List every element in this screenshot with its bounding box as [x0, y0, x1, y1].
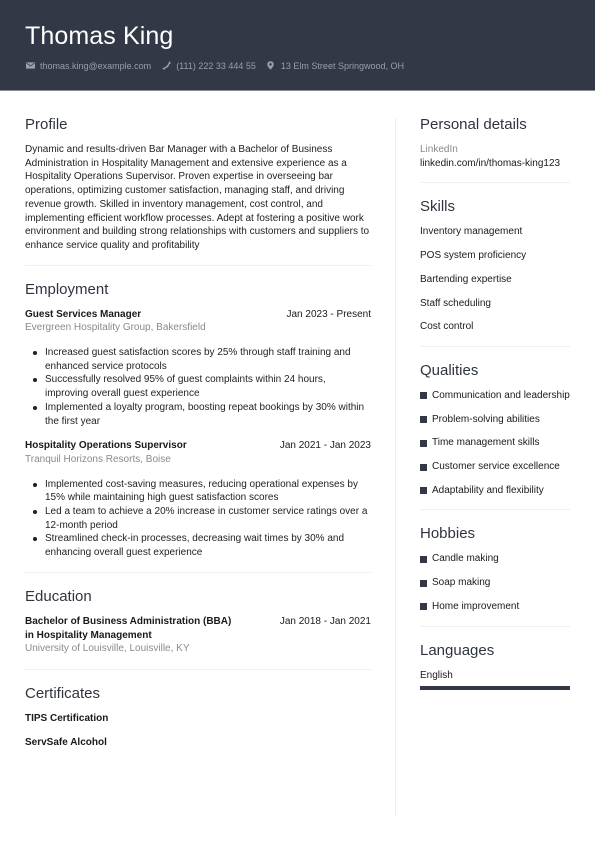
qualities-section: Qualities Communication and leadership P… [420, 362, 570, 511]
hobby-item: Candle making [420, 552, 570, 566]
education-section: Education Bachelor of Business Administr… [25, 588, 371, 670]
section-divider [420, 346, 570, 347]
linkedin-label: LinkedIn [420, 143, 570, 157]
job-title: Guest Services Manager [25, 308, 141, 322]
job-company: Evergreen Hospitality Group, Bakersfield [25, 321, 371, 335]
phone-icon [161, 61, 171, 71]
email-text: thomas.king@example.com [40, 61, 151, 71]
section-title-skills: Skills [420, 198, 570, 216]
hobby-item: Soap making [420, 576, 570, 590]
achievement-item: Led a team to achieve a 20% increase in … [45, 505, 371, 532]
profile-section: Profile Dynamic and results-driven Bar M… [25, 116, 371, 266]
achievement-item: Successfully resolved 95% of guest compl… [45, 373, 371, 400]
quality-item: Communication and leadership [420, 389, 570, 403]
employment-section: Employment Guest Services Manager Jan 20… [25, 281, 371, 573]
profile-summary: Dynamic and results-driven Bar Manager w… [25, 143, 371, 253]
square-bullet-icon [420, 416, 427, 423]
quality-item: Problem-solving abilities [420, 413, 570, 427]
section-title-qualities: Qualities [420, 362, 570, 380]
section-title-personal-details: Personal details [420, 116, 570, 134]
achievement-item: Increased guest satisfaction scores by 2… [45, 346, 371, 373]
achievement-item: Streamlined check-in processes, decreasi… [45, 532, 371, 559]
square-bullet-icon [420, 392, 427, 399]
contact-email: thomas.king@example.com [25, 61, 151, 71]
achievement-item: Implemented a loyalty program, boosting … [45, 401, 371, 428]
education-entry: Bachelor of Business Administration (BBA… [25, 615, 371, 656]
certificates-section: Certificates TIPS Certification ServSafe… [25, 685, 371, 749]
section-title-education: Education [25, 588, 371, 606]
language-level-fill [420, 686, 570, 690]
candidate-name: Thomas King [25, 22, 173, 51]
quality-item: Time management skills [420, 436, 570, 450]
job-title: Hospitality Operations Supervisor [25, 439, 187, 453]
contact-address: 13 Elm Street Springwood, OH [266, 61, 404, 71]
square-bullet-icon [420, 440, 427, 447]
skill-item: Cost control [420, 320, 570, 334]
section-divider [25, 572, 371, 573]
languages-section: Languages English [420, 642, 570, 691]
job-company: Tranquil Horizons Resorts, Boise [25, 453, 371, 467]
section-title-profile: Profile [25, 116, 371, 134]
job-entry: Hospitality Operations Supervisor Jan 20… [25, 439, 371, 560]
resume-header: Thomas King thomas.king@example.com (111… [0, 0, 595, 91]
hobby-item: Home improvement [420, 600, 570, 614]
section-title-hobbies: Hobbies [420, 525, 570, 543]
school-name: University of Louisville, Louisville, KY [25, 642, 371, 656]
language-level-bar [420, 686, 570, 690]
side-column: Personal details LinkedIn linkedin.com/i… [420, 116, 570, 690]
section-divider [420, 509, 570, 510]
certificate-item: ServSafe Alcohol [25, 736, 371, 749]
hobbies-section: Hobbies Candle making Soap making Home i… [420, 525, 570, 626]
quality-item: Customer service excellence [420, 460, 570, 474]
linkedin-value: linkedin.com/in/thomas-king123 [420, 157, 570, 171]
skills-section: Skills Inventory management POS system p… [420, 198, 570, 347]
degree-title: Bachelor of Business Administration (BBA… [25, 615, 240, 642]
address-text: 13 Elm Street Springwood, OH [281, 61, 404, 71]
skill-item: Bartending expertise [420, 273, 570, 287]
section-title-employment: Employment [25, 281, 371, 299]
job-achievements: Increased guest satisfaction scores by 2… [25, 346, 371, 428]
section-title-certificates: Certificates [25, 685, 371, 703]
section-title-languages: Languages [420, 642, 570, 660]
column-divider [395, 118, 396, 816]
personal-details-section: Personal details LinkedIn linkedin.com/i… [420, 116, 570, 183]
section-divider [420, 182, 570, 183]
job-entry: Guest Services Manager Jan 2023 - Presen… [25, 308, 371, 429]
contact-phone: (111) 222 33 444 55 [161, 61, 256, 71]
skill-item: Staff scheduling [420, 297, 570, 311]
quality-item: Adaptability and flexibility [420, 484, 570, 498]
section-divider [25, 265, 371, 266]
education-date: Jan 2018 - Jan 2021 [280, 615, 371, 642]
main-column: Profile Dynamic and results-driven Bar M… [25, 116, 371, 749]
job-date: Jan 2023 - Present [287, 308, 372, 322]
skill-item: Inventory management [420, 225, 570, 239]
envelope-icon [25, 61, 35, 71]
job-achievements: Implemented cost-saving measures, reduci… [25, 478, 371, 560]
square-bullet-icon [420, 556, 427, 563]
job-date: Jan 2021 - Jan 2023 [280, 439, 371, 453]
map-marker-icon [266, 61, 276, 71]
phone-text: (111) 222 33 444 55 [176, 61, 256, 71]
language-name: English [420, 669, 570, 683]
section-divider [420, 626, 570, 627]
skill-item: POS system proficiency [420, 249, 570, 263]
square-bullet-icon [420, 464, 427, 471]
certificate-item: TIPS Certification [25, 712, 371, 725]
square-bullet-icon [420, 580, 427, 587]
achievement-item: Implemented cost-saving measures, reduci… [45, 478, 371, 505]
section-divider [25, 669, 371, 670]
contact-bar: thomas.king@example.com (111) 222 33 444… [25, 60, 414, 71]
square-bullet-icon [420, 487, 427, 494]
square-bullet-icon [420, 603, 427, 610]
